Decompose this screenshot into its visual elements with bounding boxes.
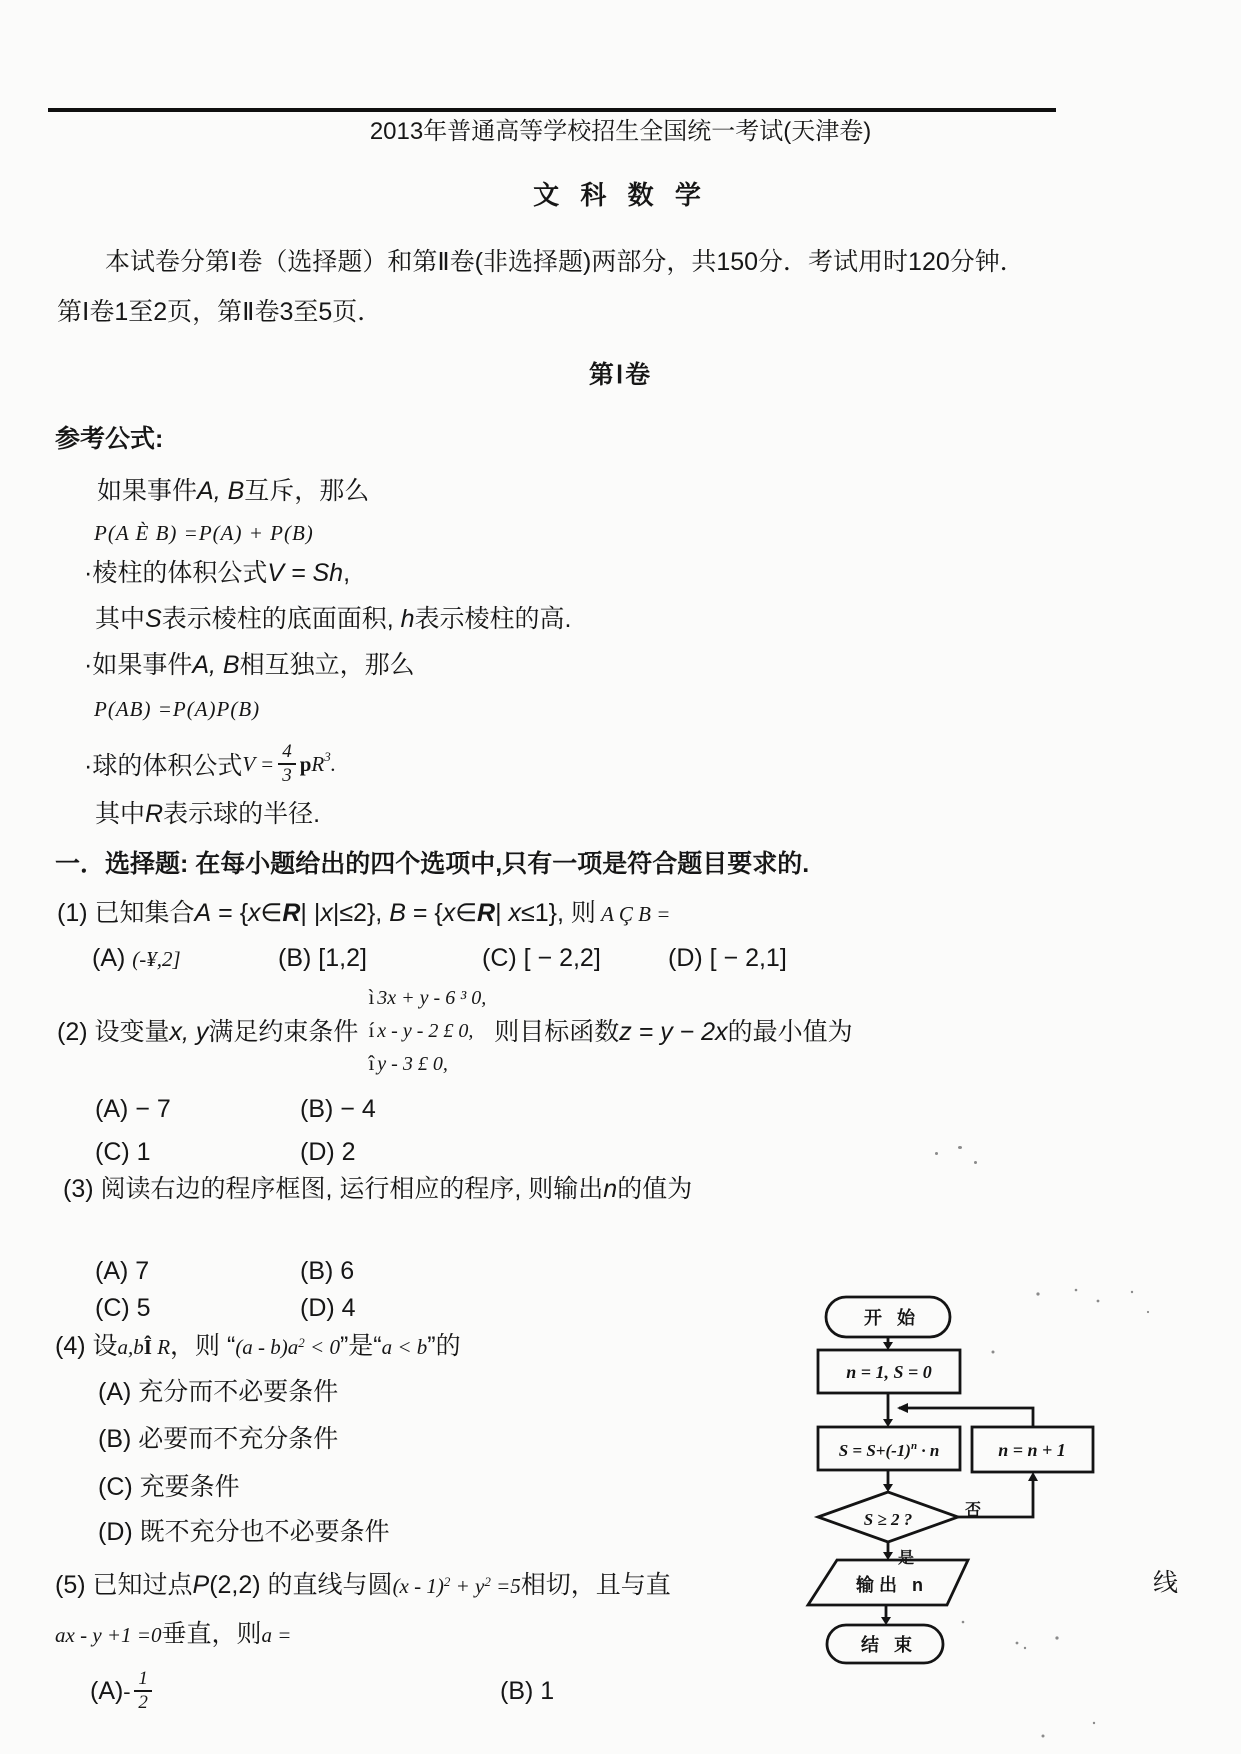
q2-constraint-2: íx - y - 2 £ 0,: [368, 1014, 486, 1047]
multiple-choice-section-heading: 一．选择题: 在每小题给出的四个选项中,只有一项是符合题目要求的.: [55, 849, 809, 879]
q1-option-c: (C) [ − 2,2]: [482, 943, 601, 973]
q5-stem-line-1: (5) 已知过点P(2,2) 的直线与圆(x - 1)2 + y2 =5相切，且…: [55, 1570, 671, 1600]
top-rule: [48, 108, 1056, 112]
q2-option-b: (B) − 4: [300, 1094, 376, 1124]
q3-option-a: (A) 7: [95, 1256, 149, 1286]
flowchart-yes-label: 是: [898, 1548, 914, 1567]
exam-page: 2013年普通高等学校招生全国统一考试(天津卷) 文 科 数 学 本试卷分第Ⅰ卷…: [0, 0, 1241, 1754]
q5-option-a: (A) - 12: [90, 1660, 156, 1722]
q2-option-d: (D) 2: [300, 1137, 356, 1167]
q1-stem: (1) 已知集合A = {x∈R| |x|≤2}, B = {x∈R| x≤1}…: [57, 898, 670, 928]
intro-line-1: 本试卷分第Ⅰ卷（选择题）和第Ⅱ卷(非选择题)两部分，共150分．考试用时120分…: [105, 247, 1025, 277]
ref-line-sphere-explain: 其中R表示球的半径.: [95, 799, 320, 829]
flowchart-condition-label: S ≥ 2 ?: [864, 1510, 913, 1529]
q4-stem: (4) 设a,bÎ R，则 “(a - b)a2 < 0”是“a < b”的: [55, 1331, 461, 1361]
q5-option-b: (B) 1: [500, 1676, 554, 1706]
q3-option-b: (B) 6: [300, 1256, 354, 1286]
reference-formulas-heading: 参考公式:: [55, 424, 163, 454]
flowchart-increment-label: n = n + 1: [998, 1440, 1066, 1460]
flowchart-accumulate-label: S = S+(-1)n · n: [839, 1440, 940, 1460]
q4-option-a: (A) 充分而不必要条件: [98, 1377, 338, 1407]
q2-constraint-1: ì3x + y - 6 ³ 0,: [368, 981, 486, 1014]
ref-line-prism-volume: ·棱柱的体积公式V = Sh,: [84, 558, 350, 588]
q5-stem-line-2: ax - y +1 =0垂直，则a =: [55, 1619, 291, 1649]
q3-option-d: (D) 4: [300, 1293, 356, 1323]
flowchart-end-label: 结 束: [861, 1634, 917, 1655]
q2-option-c: (C) 1: [95, 1137, 151, 1167]
ref-line-sphere-volume: ·球的体积公式V =43p R3.: [84, 737, 336, 791]
q4-option-c: (C) 充要条件: [98, 1472, 240, 1502]
flowchart-output-label: 输出 n: [855, 1574, 928, 1595]
q1-option-a: (A) (-¥,2]: [92, 943, 181, 973]
q4-option-b: (B) 必要而不充分条件: [98, 1424, 338, 1454]
q3-stem: (3) 阅读右边的程序框图, 运行相应的程序, 则输出n的值为: [63, 1174, 692, 1204]
q2-option-a: (A) − 7: [95, 1094, 171, 1124]
program-flowchart: 开 始 n = 1, S = 0 S = S+(-1)n · n n = n +…: [780, 1282, 1200, 1752]
q2-constraint-3: îy - 3 £ 0,: [368, 1047, 486, 1080]
scan-specks: [962, 1289, 1149, 1738]
intro-line-2: 第Ⅰ卷1至2页，第Ⅱ卷3至5页．: [57, 297, 382, 327]
q2-stem-right: 则目标函数z = y − 2x的最小值为: [494, 1012, 852, 1048]
ref-formula-union-probability: P(A È B) =P(A) + P(B): [94, 521, 314, 546]
scan-speck: [974, 1161, 977, 1164]
q4-option-d: (D) 既不充分也不必要条件: [98, 1517, 390, 1547]
q2-stem-left: (2) 设变量x, y满足约束条件: [57, 1012, 358, 1048]
q1-option-d: (D) [ − 2,1]: [668, 943, 787, 973]
flowchart-init-label: n = 1, S = 0: [846, 1362, 932, 1382]
q3-option-c: (C) 5: [95, 1293, 151, 1323]
ref-formula-product-probability: P(AB) =P(A)P(B): [94, 697, 260, 722]
scan-speck: [935, 1152, 938, 1155]
q1-option-b: (B) [1,2]: [278, 943, 367, 973]
flowchart-no-label: 否: [965, 1501, 981, 1519]
scan-speck: [958, 1146, 962, 1149]
ref-line-prism-explain: 其中S表示棱柱的底面面积, h表示棱柱的高.: [95, 604, 571, 634]
exam-title: 2013年普通高等学校招生全国统一考试(天津卷): [0, 118, 1241, 147]
ref-line-independent: ·如果事件A, B相互独立，那么: [84, 650, 415, 680]
flowchart-loopback-edge: [899, 1408, 1033, 1427]
ref-line-mutually-exclusive: 如果事件A, B互斥，那么: [97, 476, 369, 506]
q2-stem: (2) 设变量x, y满足约束条件 ì3x + y - 6 ³ 0, íx - …: [57, 982, 853, 1078]
subject-title: 文 科 数 学: [0, 180, 1241, 211]
q2-constraint-system: ì3x + y - 6 ³ 0, íx - y - 2 £ 0, îy - 3 …: [368, 981, 486, 1080]
section-1-volume-heading: 第Ⅰ卷: [0, 360, 1241, 390]
flowchart-start-label: 开 始: [864, 1307, 920, 1328]
